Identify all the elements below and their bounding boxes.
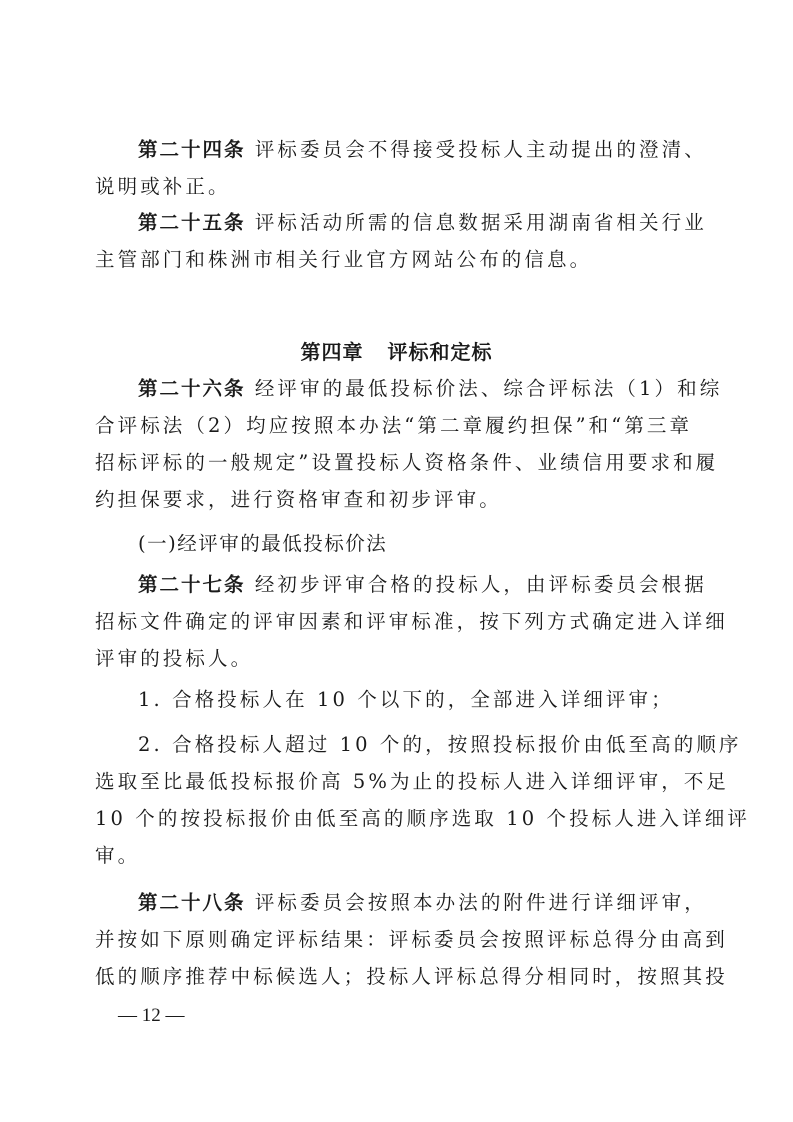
- article-26-line-2: 合评标法（2）均应按照本办法“第二章履约担保”和“第三章: [95, 414, 700, 438]
- list-item-2-line-2: 选取至比最低投标报价高 5%为止的投标人进入详细评审，不足: [95, 770, 700, 794]
- article-25-line-2: 主管部门和株洲市相关行业官方网站公布的信息。: [95, 248, 700, 272]
- article-27-line-2: 招标文件确定的评审因素和评审标准，按下列方式确定进入详细: [95, 610, 700, 634]
- list-item-2-line-1: 2. 合格投标人超过 10 个的，按照投标报价由低至高的顺序: [138, 733, 700, 757]
- article-27-line-1: 第二十七条 经初步评审合格的投标人，由评标委员会根据: [138, 573, 700, 597]
- chapter-title: 评标和定标: [388, 340, 493, 364]
- chapter-heading: 第四章评标和定标: [0, 336, 793, 365]
- article-24-line-2: 说明或补正。: [95, 175, 700, 199]
- article-26-line-3: 招标评标的一般规定”设置投标人资格条件、业绩信用要求和履: [95, 451, 700, 475]
- article-24-line-1: 第二十四条 评标委员会不得接受投标人主动提出的澄清、: [138, 138, 700, 162]
- chapter-number: 第四章: [301, 340, 364, 364]
- article-label: 第二十八条: [138, 891, 246, 914]
- section-heading: (一)经评审的最低投标价法: [138, 532, 700, 556]
- article-label: 第二十七条: [138, 573, 246, 596]
- article-label: 第二十四条: [138, 138, 246, 161]
- article-28-line-3: 低的顺序推荐中标候选人；投标人评标总得分相同时，按照其投: [95, 965, 700, 989]
- article-label: 第二十五条: [138, 211, 246, 234]
- list-item-2-line-3: 10 个的按投标报价由低至高的顺序选取 10 个投标人进入详细评: [95, 807, 700, 831]
- list-item-1: 1. 合格投标人在 10 个以下的，全部进入详细评审；: [138, 688, 700, 712]
- article-26-line-4: 约担保要求，进行资格审查和初步评审。: [95, 488, 700, 512]
- article-28-line-2: 并按如下原则确定评标结果：评标委员会按照评标总得分由高到: [95, 928, 700, 952]
- list-item-2-line-4: 审。: [95, 844, 700, 868]
- article-25-line-1: 第二十五条 评标活动所需的信息数据采用湖南省相关行业: [138, 211, 700, 235]
- article-26-line-1: 第二十六条 经评审的最低投标价法、综合评标法（1）和综: [138, 377, 700, 401]
- article-27-line-3: 评审的投标人。: [95, 647, 700, 671]
- article-label: 第二十六条: [138, 377, 246, 400]
- article-28-line-1: 第二十八条 评标委员会按照本办法的附件进行详细评审，: [138, 891, 700, 915]
- page-number: — 12 —: [118, 1005, 185, 1027]
